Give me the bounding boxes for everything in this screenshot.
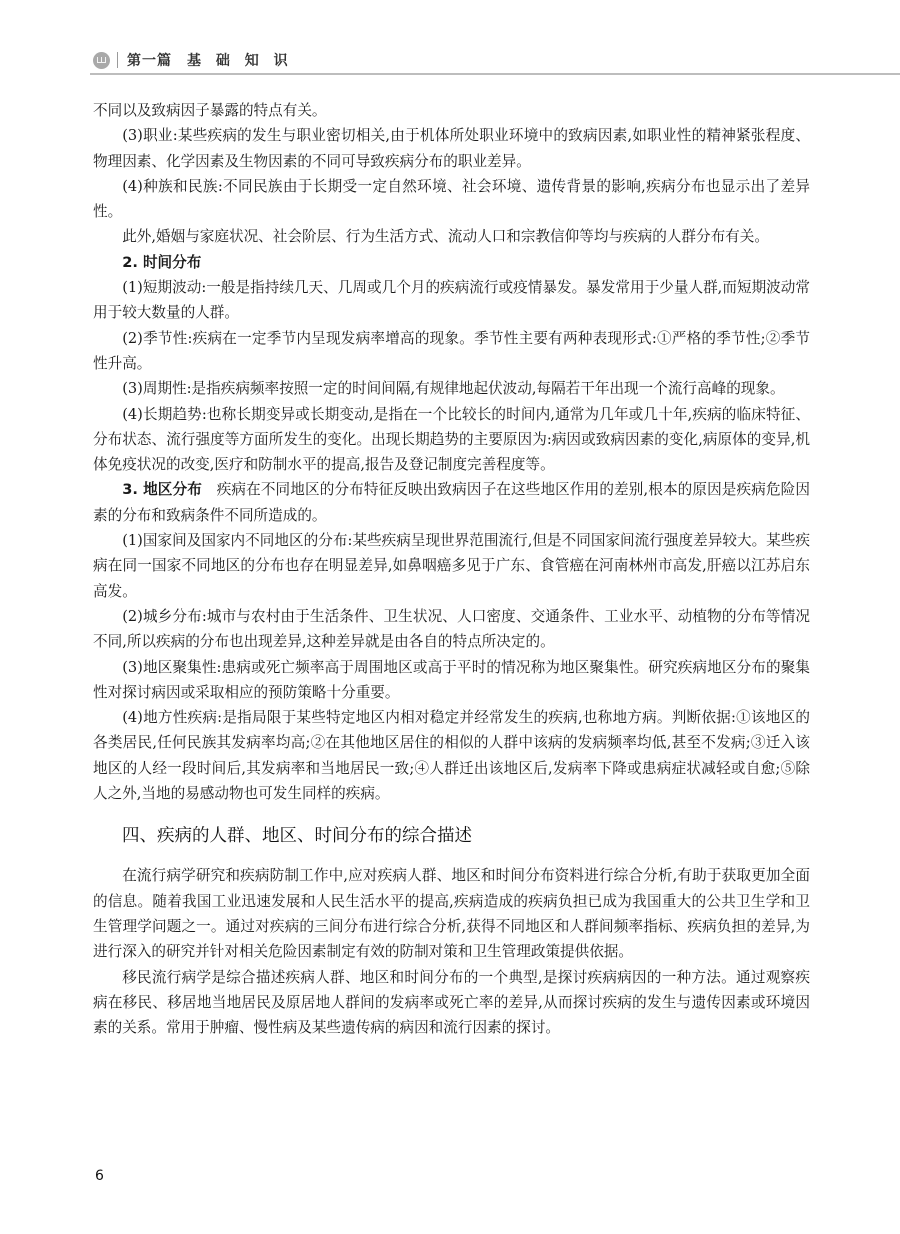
- spacer: [202, 481, 217, 498]
- header-divider: [117, 52, 118, 68]
- chapter-title: 第一篇 基 础 知 识: [127, 50, 289, 70]
- paragraph-urban-rural: (2)城乡分布:城市与农村由于生活条件、卫生状况、人口密度、交通条件、工业水平、…: [93, 604, 810, 655]
- paragraph-clustering: (3)地区聚集性:患病或死亡频率高于周围地区或高于平时的情况称为地区聚集性。研究…: [93, 655, 810, 706]
- paragraph-other-factors: 此外,婚姻与家庭状况、社会阶层、行为生活方式、流动人口和宗教信仰等均与疾病的人群…: [93, 224, 810, 249]
- page-number: 6: [95, 1168, 104, 1184]
- paragraph-occupation: (3)职业:某些疾病的发生与职业密切相关,由于机体所处职业环境中的致病因素,如职…: [93, 123, 810, 174]
- paragraph-long-term-trend: (4)长期趋势:也称长期变异或长期变动,是指在一个比较长的时间内,通常为几年或几…: [93, 402, 810, 478]
- paragraph-ethnicity: (4)种族和民族:不同民族由于长期受一定自然环境、社会环境、遗传背景的影响,疾病…: [93, 174, 810, 225]
- page-body: 不同以及致病因子暴露的特点有关。 (3)职业:某些疾病的发生与职业密切相关,由于…: [93, 98, 810, 1040]
- subheading-region: 3. 地区分布: [122, 481, 202, 498]
- paragraph: 不同以及致病因子暴露的特点有关。: [93, 98, 810, 123]
- paragraph-comprehensive: 在流行病学研究和疾病防制工作中,应对疾病人群、地区和时间分布资料进行综合分析,有…: [93, 863, 810, 964]
- paragraph-between-countries: (1)国家间及国家内不同地区的分布:某些疾病呈现世界范围流行,但是不同国家间流行…: [93, 528, 810, 604]
- paragraph-seasonality: (2)季节性:疾病在一定季节内呈现发病率增高的现象。季节性主要有两种表现形式:①…: [93, 326, 810, 377]
- subheading-time-distribution: 2. 时间分布: [93, 250, 810, 275]
- paragraph-region-distribution: 3. 地区分布 疾病在不同地区的分布特征反映出致病因子在这些地区作用的差别,根本…: [93, 477, 810, 528]
- paragraph-migrant-epidemiology: 移民流行病学是综合描述疾病人群、地区和时间分布的一个典型,是探讨疾病病因的一种方…: [93, 965, 810, 1041]
- section-heading: 四、疾病的人群、地区、时间分布的综合描述: [93, 823, 810, 849]
- header-rule: [90, 73, 900, 75]
- paragraph-periodicity: (3)周期性:是指疾病频率按照一定的时间间隔,有规律地起伏波动,每隔若干年出现一…: [93, 376, 810, 401]
- subheading-label: 2. 时间分布: [122, 254, 201, 271]
- paragraph-short-term: (1)短期波动:一般是指持续几天、几周或几个月的疾病流行或疫情暴发。暴发常用于少…: [93, 275, 810, 326]
- book-icon: [93, 52, 110, 69]
- running-header: 第一篇 基 础 知 识: [93, 50, 289, 70]
- paragraph-endemic: (4)地方性疾病:是指局限于某些特定地区内相对稳定并经常发生的疾病,也称地方病。…: [93, 705, 810, 806]
